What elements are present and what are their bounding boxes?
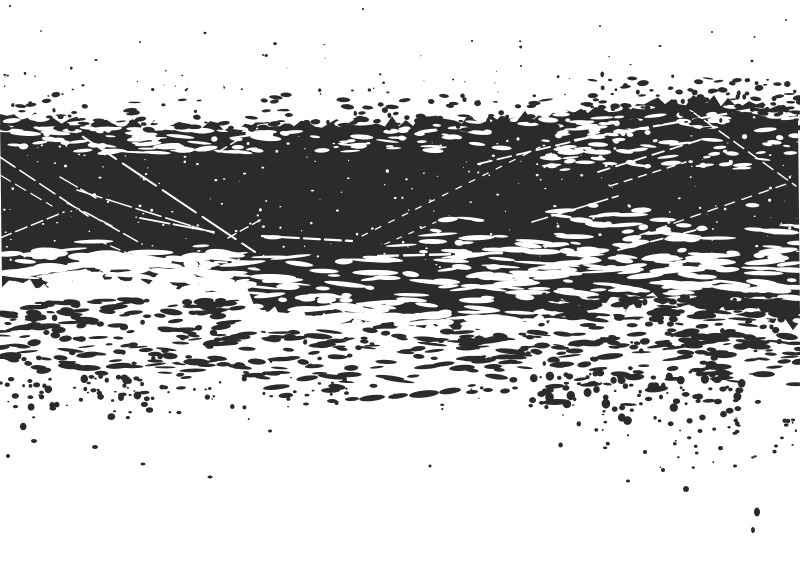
texture-speck (516, 137, 519, 140)
texture-speck (394, 197, 397, 199)
texture-speck (714, 399, 722, 405)
texture-speck (49, 406, 56, 410)
texture-speck (286, 397, 290, 400)
texture-speck (72, 89, 74, 91)
texture-speck (37, 161, 38, 162)
ink-blob (751, 60, 754, 62)
texture-speck (181, 75, 183, 77)
texture-speck (613, 147, 616, 150)
texture-speck (348, 160, 349, 161)
texture-speck (780, 223, 782, 224)
texture-speck (772, 450, 776, 454)
texture-speck (608, 56, 610, 57)
texture-speck (695, 186, 696, 187)
texture-speck (564, 382, 569, 385)
texture-speck (488, 174, 490, 176)
texture-speck (425, 259, 426, 260)
texture-speck (105, 378, 109, 383)
texture-speck (492, 154, 495, 157)
texture-speck (364, 145, 367, 148)
texture-speck (214, 179, 217, 181)
texture-speck (563, 400, 572, 408)
texture-speck (603, 446, 607, 449)
texture-speck (147, 167, 148, 168)
texture-speck (766, 79, 769, 81)
texture-speck (712, 461, 714, 463)
texture-speck (715, 205, 717, 206)
texture-speck (306, 157, 308, 158)
texture-speck (97, 389, 100, 391)
texture-speck (405, 178, 408, 180)
texture-speck (791, 444, 793, 446)
ink-blob (303, 403, 309, 406)
ink-blob (268, 430, 272, 433)
texture-speck (223, 87, 225, 89)
texture-speck (698, 95, 700, 97)
texture-speck (550, 153, 552, 154)
texture-speck (519, 40, 521, 42)
ink-blob (262, 54, 264, 56)
texture-speck (628, 205, 631, 207)
texture-speck (275, 150, 278, 153)
ink-blob (512, 387, 518, 390)
texture-speck (533, 94, 537, 97)
texture-speck (27, 379, 32, 383)
texture-speck (614, 390, 617, 392)
texture-speck (41, 144, 44, 146)
ink-blob (31, 439, 37, 443)
texture-speck (146, 407, 153, 413)
texture-speck (711, 252, 712, 253)
texture-speck (691, 166, 693, 167)
texture-speck (142, 213, 144, 214)
texture-speck (211, 398, 213, 400)
ink-blob (139, 41, 141, 43)
texture-speck (113, 410, 116, 412)
texture-speck (573, 397, 576, 401)
texture-speck (11, 187, 14, 190)
texture-speck (448, 215, 449, 216)
texture-speck (5, 382, 10, 386)
texture-speck (564, 94, 565, 96)
texture-dash (759, 104, 765, 109)
texture-speck (727, 143, 728, 144)
texture-speck (262, 225, 265, 228)
texture-speck (612, 406, 618, 412)
ink-blob (327, 399, 337, 403)
texture-speck (540, 179, 542, 181)
texture-speck (38, 394, 40, 396)
texture-speck (150, 209, 153, 212)
texture-speck (623, 383, 628, 389)
texture-speck (42, 384, 46, 389)
texture-speck (469, 201, 472, 203)
texture-speck (408, 209, 410, 211)
texture-speck (690, 176, 692, 178)
texture-speck (514, 378, 517, 380)
texture-speck (124, 156, 126, 157)
texture-speck (600, 382, 603, 383)
texture-speck (737, 424, 741, 426)
texture-speck (505, 211, 506, 212)
texture-speck (591, 157, 594, 160)
texture-speck (287, 406, 289, 407)
ink-blob (754, 508, 760, 517)
texture-speck (137, 81, 138, 82)
texture-speck (687, 418, 693, 423)
texture-speck (212, 395, 215, 397)
texture-speck (184, 156, 187, 158)
texture-speck (336, 210, 339, 212)
texture-speck (203, 143, 205, 145)
texture-speck (696, 371, 703, 376)
texture-speck (603, 395, 609, 401)
texture-speck (186, 88, 188, 90)
texture-speck (351, 90, 354, 92)
texture-speck (42, 223, 44, 225)
texture-speck (20, 423, 27, 431)
texture-dash (183, 336, 188, 339)
texture-speck (54, 402, 59, 408)
texture-speck (242, 405, 246, 409)
texture-speck (139, 205, 142, 208)
texture-speck (317, 255, 319, 257)
texture-speck (677, 456, 679, 458)
texture-speck (671, 75, 674, 78)
texture-speck (382, 81, 385, 84)
ink-blob (40, 30, 42, 32)
texture-speck (545, 392, 554, 401)
texture-dash (730, 111, 741, 113)
texture-speck (116, 375, 121, 380)
texture-speck (64, 165, 67, 168)
texture-speck (310, 222, 312, 225)
texture-speck (318, 88, 321, 92)
texture-speck (87, 392, 89, 394)
texture-speck (269, 395, 273, 397)
texture-speck (140, 177, 141, 178)
texture-speck (81, 375, 89, 383)
texture-speck (695, 394, 703, 400)
texture-speck (159, 385, 164, 390)
ink-blob (711, 31, 713, 33)
texture-speck (796, 141, 797, 142)
texture-speck (88, 375, 94, 379)
texture-speck (724, 208, 727, 211)
texture-speck (102, 166, 103, 167)
texture-speck (490, 233, 492, 235)
texture-speck (411, 188, 412, 190)
texture-speck (33, 382, 40, 387)
texture-speck (707, 214, 708, 215)
texture-speck (28, 403, 35, 410)
texture-speck (407, 246, 408, 248)
texture-dash (486, 264, 501, 270)
texture-speck (690, 135, 692, 136)
texture-speck (304, 246, 305, 248)
texture-speck (330, 243, 331, 244)
texture-speck (323, 44, 325, 45)
texture-speck (384, 184, 385, 185)
ink-blob (751, 527, 755, 533)
texture-speck (286, 68, 287, 69)
texture-speck (727, 371, 729, 372)
texture-speck (126, 416, 130, 419)
texture-speck (239, 181, 240, 182)
texture-speck (29, 384, 33, 388)
texture-speck (347, 177, 350, 179)
texture-speck (5, 76, 6, 77)
texture-speck (108, 195, 109, 196)
texture-speck (283, 246, 285, 248)
texture-speck (320, 93, 322, 95)
texture-speck (623, 416, 632, 425)
texture-speck (257, 214, 259, 216)
texture-speck (769, 154, 771, 156)
texture-speck (312, 390, 315, 392)
texture-speck (553, 205, 556, 207)
texture-speck (137, 222, 139, 223)
texture-speck (598, 370, 603, 375)
texture-speck (558, 443, 563, 448)
texture-speck (183, 152, 185, 153)
texture-speck (687, 436, 691, 439)
texture-speck (332, 143, 335, 145)
texture-speck (197, 250, 200, 252)
texture-speck (104, 154, 105, 155)
texture-speck (725, 386, 729, 389)
texture-speck (529, 397, 536, 403)
texture-speck (108, 413, 116, 420)
texture-speck (581, 155, 582, 156)
texture-speck (425, 247, 428, 249)
texture-speck (733, 392, 741, 401)
texture-speck (10, 239, 12, 240)
texture-speck (193, 388, 196, 391)
texture-speck (795, 429, 797, 432)
texture-speck (383, 253, 385, 255)
texture-speck (612, 187, 613, 188)
texture-speck (70, 211, 72, 212)
ink-blob (599, 25, 601, 27)
texture-speck (584, 388, 592, 397)
texture-speck (3, 209, 5, 211)
texture-speck (9, 209, 10, 210)
ink-blob (208, 476, 213, 479)
texture-speck (666, 373, 673, 381)
texture-speck (543, 166, 546, 168)
texture-speck (7, 75, 9, 77)
texture-speck (80, 149, 82, 152)
texture-speck (528, 404, 532, 408)
texture-speck (259, 208, 262, 211)
texture-speck (189, 152, 191, 153)
texture-speck (668, 421, 674, 426)
texture-speck (673, 442, 677, 445)
ink-blob (698, 429, 703, 433)
texture-speck (539, 376, 542, 378)
texture-speck (98, 177, 101, 179)
texture-speck (592, 217, 594, 219)
texture-dash (93, 119, 105, 122)
texture-speck (169, 411, 172, 413)
texture-speck (637, 394, 641, 397)
texture-speck (24, 72, 27, 75)
texture-speck (627, 434, 629, 436)
texture-speck (735, 387, 743, 393)
texture-speck (48, 378, 52, 381)
texture-speck (8, 377, 14, 381)
ink-blob (362, 8, 364, 10)
texture-speck (435, 264, 437, 265)
texture-speck (440, 404, 444, 406)
texture-speck (639, 402, 643, 405)
texture-speck (301, 230, 302, 232)
texture-speck (356, 233, 358, 236)
texture-speck (5, 231, 7, 233)
texture-speck (786, 186, 787, 187)
texture-speck (6, 246, 9, 248)
texture-dash (474, 100, 481, 106)
texture-speck (695, 451, 699, 454)
texture-speck (601, 177, 602, 178)
texture-speck (452, 79, 454, 81)
texture-speck (464, 81, 466, 82)
texture-speck (59, 145, 61, 147)
texture-speck (603, 421, 607, 424)
texture-speck (21, 147, 22, 148)
texture-speck (107, 201, 110, 203)
texture-speck (470, 388, 472, 390)
texture-speck (346, 393, 348, 395)
texture-speck (546, 372, 554, 381)
texture-speck (423, 173, 425, 174)
texture-speck (184, 160, 186, 163)
texture-speck (544, 405, 548, 409)
texture-speck (544, 188, 546, 190)
texture-speck (273, 42, 277, 45)
texture-speck (221, 203, 223, 205)
texture-speck (298, 136, 299, 137)
texture-speck (562, 414, 564, 415)
texture-speck (210, 198, 211, 199)
texture-dash (523, 249, 561, 255)
texture-speck (167, 391, 170, 393)
texture-speck (345, 388, 347, 390)
texture-speck (754, 455, 757, 457)
texture-dash (540, 303, 561, 308)
ink-blob (520, 65, 522, 67)
texture-speck (630, 408, 634, 412)
texture-speck (745, 92, 747, 93)
ink-blob (429, 465, 432, 468)
texture-speck (66, 405, 68, 407)
texture-speck (47, 95, 49, 97)
texture-speck (129, 394, 132, 396)
texture-speck (463, 167, 464, 168)
texture-speck (83, 155, 85, 156)
texture-speck (279, 206, 281, 207)
texture-speck (79, 398, 83, 402)
texture-speck (78, 154, 80, 155)
texture-speck (699, 207, 701, 209)
texture-speck (379, 73, 382, 75)
texture-speck (768, 199, 771, 202)
texture-speck (7, 401, 9, 403)
texture-speck (437, 176, 438, 177)
texture-speck (496, 71, 497, 72)
texture-speck (692, 466, 695, 468)
texture-speck (70, 67, 73, 70)
texture-speck (680, 386, 683, 389)
texture-speck (577, 382, 581, 385)
texture-speck (441, 408, 443, 410)
texture-speck (34, 76, 36, 77)
texture-speck (243, 173, 246, 175)
texture-speck (381, 244, 382, 245)
texture-speck (114, 391, 117, 393)
texture-speck (88, 231, 90, 232)
texture-speck (673, 398, 680, 404)
texture-speck (480, 386, 484, 389)
texture-speck (223, 178, 226, 180)
texture-speck (727, 426, 730, 429)
texture-speck (611, 93, 614, 95)
texture-speck (629, 64, 631, 65)
texture-speck (122, 383, 126, 387)
texture-speck (695, 399, 700, 403)
texture-speck (645, 397, 652, 401)
texture-speck (439, 144, 442, 146)
texture-speck (241, 243, 242, 244)
texture-speck (701, 375, 709, 384)
texture-speck (287, 142, 290, 144)
grunge-texture-canvas (0, 0, 800, 566)
texture-speck (420, 55, 421, 56)
texture-speck (98, 373, 103, 379)
texture-speck (87, 382, 91, 385)
texture-speck (286, 385, 289, 388)
texture-speck (669, 211, 671, 213)
texture-speck (754, 216, 756, 217)
texture-speck (506, 140, 508, 142)
texture-speck (233, 138, 236, 141)
texture-speck (137, 379, 142, 382)
texture-speck (589, 373, 591, 376)
texture-speck (401, 197, 403, 199)
texture-speck (135, 216, 137, 217)
texture-speck (22, 384, 25, 387)
texture-speck (561, 179, 563, 180)
texture-speck (557, 75, 560, 78)
texture-speck (738, 382, 742, 386)
texture-speck (785, 152, 787, 153)
texture-speck (606, 442, 610, 446)
texture-speck (789, 176, 791, 179)
texture-speck (685, 402, 688, 405)
ink-blob (204, 32, 207, 34)
texture-speck (605, 164, 608, 167)
texture-speck (651, 376, 656, 380)
ink-blob (659, 45, 662, 47)
texture-speck (796, 250, 799, 252)
texture-speck (311, 190, 314, 192)
texture-speck (592, 79, 594, 80)
texture-speck (314, 161, 316, 162)
texture-speck (320, 199, 321, 200)
texture-speck (770, 217, 771, 218)
texture-speck (262, 392, 265, 395)
